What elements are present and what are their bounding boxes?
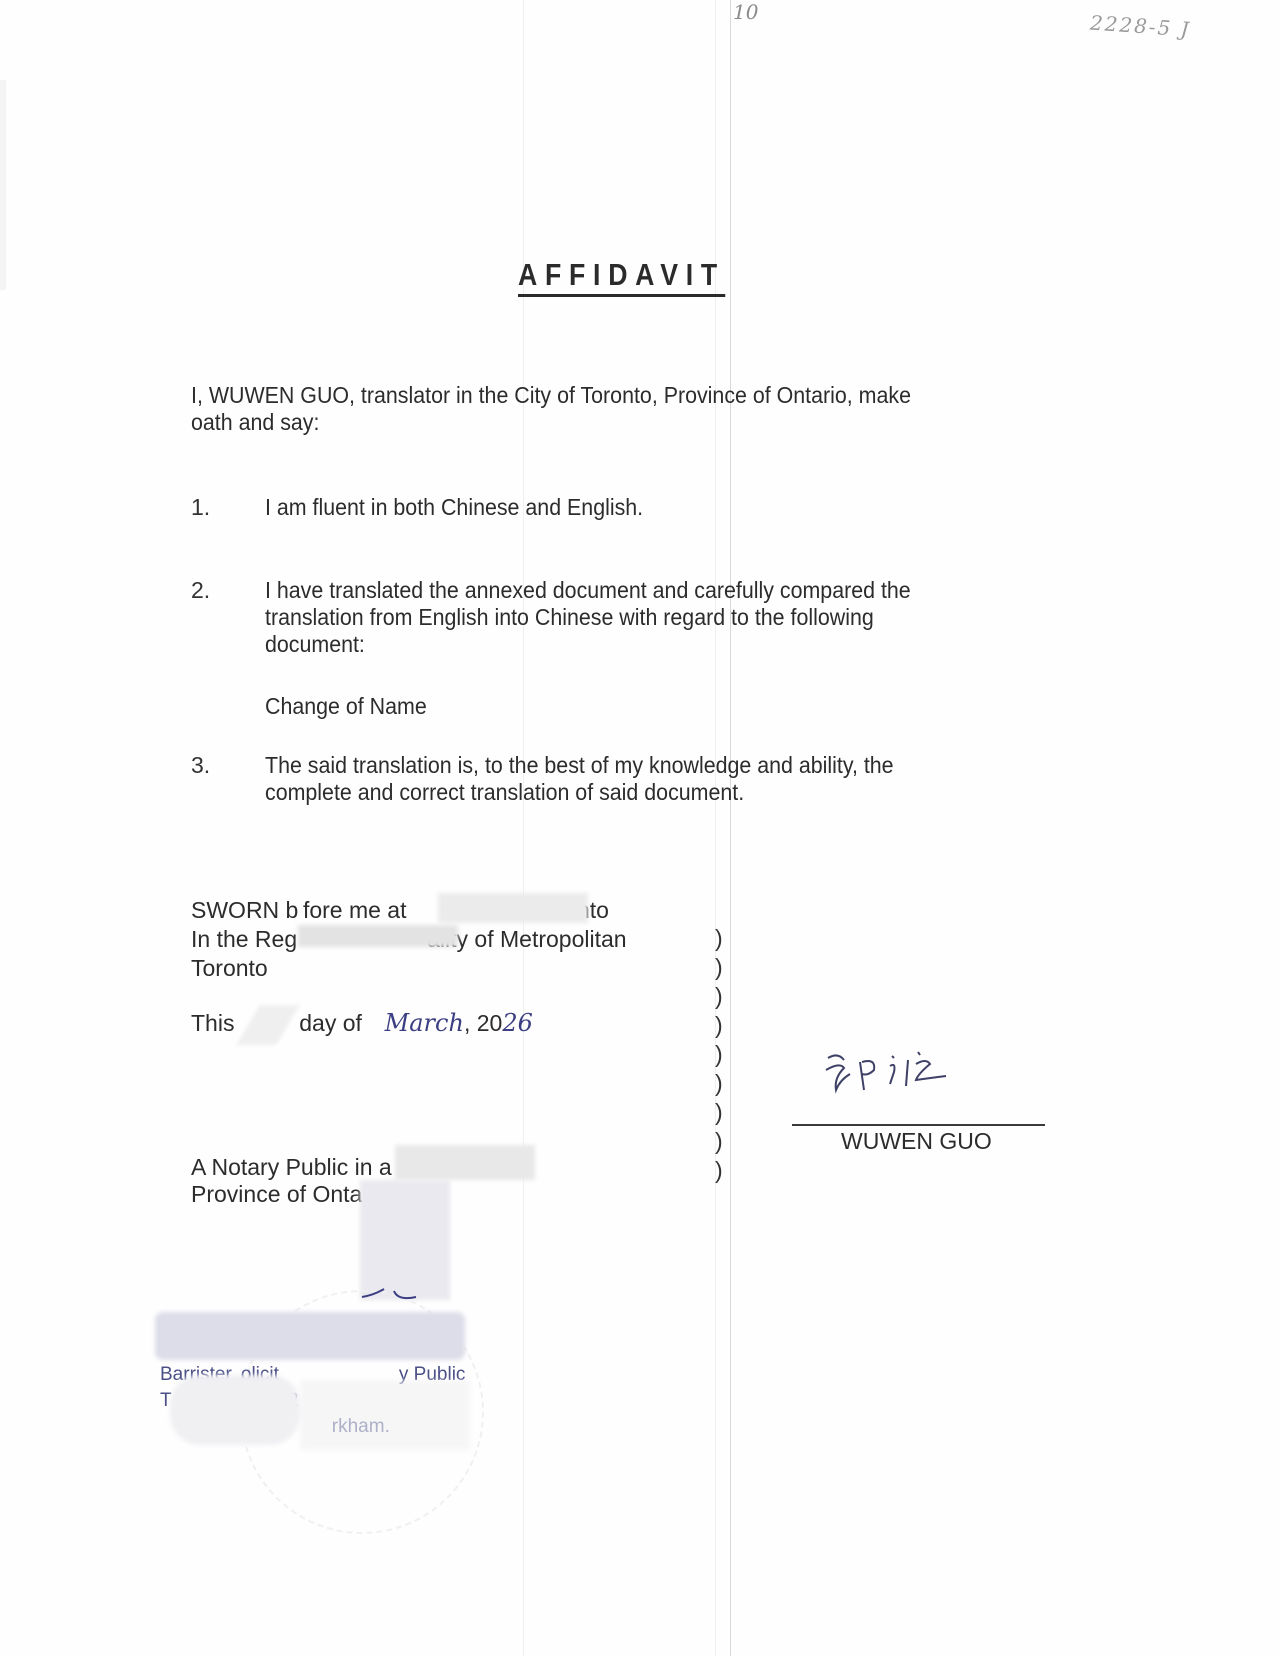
- bracket: ): [715, 924, 723, 953]
- translated-document-name: Change of Name: [265, 693, 427, 720]
- item-number: 2.: [191, 577, 210, 604]
- document-title: AFFIDAVIT: [518, 258, 725, 297]
- redaction-blur: [170, 1375, 300, 1445]
- notary-signature-fragment: [360, 1285, 430, 1307]
- intro-line: I, WUWEN GUO, translator in the City of …: [191, 382, 911, 409]
- handwritten-month: March: [385, 1009, 464, 1037]
- item-line: document:: [265, 631, 911, 658]
- bracket: ): [715, 1069, 723, 1098]
- redaction-blur: [360, 1180, 450, 1300]
- fold-line: [523, 0, 524, 1656]
- bracket: ): [715, 1156, 723, 1185]
- intro-line: oath and say:: [191, 409, 911, 436]
- intro-paragraph: I, WUWEN GUO, translator in the City of …: [191, 382, 911, 436]
- item-number: 1.: [191, 494, 210, 521]
- jurat-line: Toronto: [191, 954, 627, 983]
- handwritten-page-number: 10: [733, 0, 758, 24]
- bracket: ): [715, 953, 723, 982]
- signature-line: [792, 1124, 1045, 1126]
- notary-line: Province of Onta: [191, 1181, 504, 1208]
- fold-line: [730, 0, 731, 1656]
- deponent-signature: [820, 1040, 980, 1100]
- bracket: ): [715, 982, 723, 1011]
- handwritten-year: 26: [502, 1009, 533, 1037]
- item-line: I have translated the annexed document a…: [265, 577, 911, 604]
- redaction-blur: [438, 893, 588, 923]
- handwritten-file-note: 2228-5 J: [1089, 11, 1191, 42]
- item-text: I have translated the annexed document a…: [265, 577, 911, 658]
- item-text: The said translation is, to the best of …: [265, 752, 894, 806]
- item-number: 3.: [191, 752, 210, 779]
- bracket: ): [715, 1011, 723, 1040]
- item-line: complete and correct translation of said…: [265, 779, 894, 806]
- scan-edge-shadow: [0, 80, 6, 290]
- jurat-brackets: ) ) ) ) ) ) ) ) ): [715, 924, 723, 1185]
- redaction-blur: [298, 925, 458, 947]
- bracket: ): [715, 1127, 723, 1156]
- item-line: I am fluent in both Chinese and English.: [265, 494, 643, 521]
- scanned-page: 10 2228-5 J AFFIDAVIT I, WUWEN GUO, tran…: [0, 0, 1279, 1656]
- item-line: translation from English into Chinese wi…: [265, 604, 911, 631]
- bracket: ): [715, 1040, 723, 1069]
- redaction-blur: [395, 1145, 535, 1180]
- bracket: ): [715, 1098, 723, 1127]
- item-line: The said translation is, to the best of …: [265, 752, 894, 779]
- redaction-blur: [300, 1380, 470, 1450]
- deponent-name: WUWEN GUO: [841, 1128, 992, 1155]
- fold-line: [715, 0, 716, 1656]
- item-text: I am fluent in both Chinese and English.: [265, 494, 643, 521]
- redaction-blur: [155, 1312, 465, 1360]
